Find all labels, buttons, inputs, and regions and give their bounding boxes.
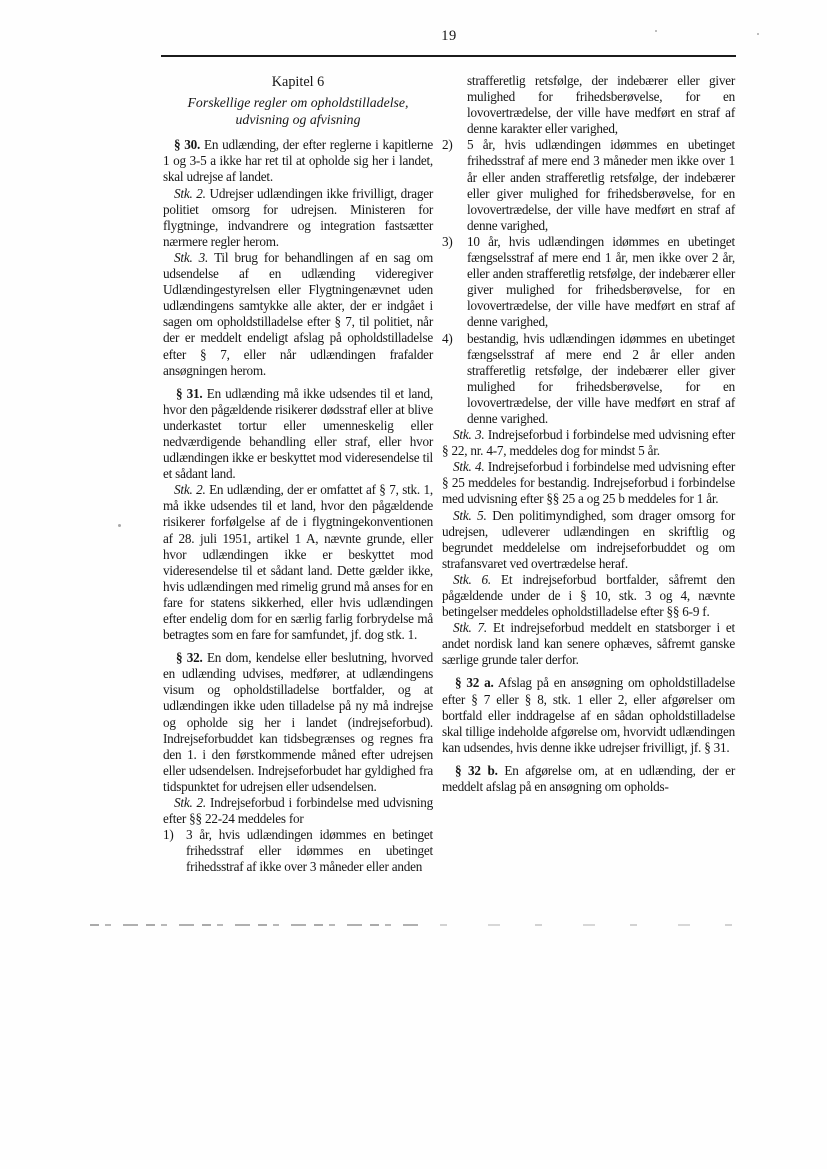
paragraph-32-stk4: Stk. 4. Indrejseforbud i forbindelse med… bbox=[442, 459, 735, 507]
section-lead: § 30. bbox=[174, 137, 200, 152]
paragraph-text: Til brug for behandlingen af en sag om u… bbox=[163, 250, 433, 378]
list-item-number: 3) bbox=[442, 234, 453, 250]
section-lead: § 31. bbox=[176, 386, 202, 401]
paragraph-text: En dom, kendelse eller beslutning, hvorv… bbox=[163, 650, 433, 794]
section-lead: § 32. bbox=[176, 650, 203, 665]
paragraph-30-stk2: Stk. 2. Udrejser udlændingen ikke frivil… bbox=[163, 186, 433, 250]
stk-lead: Stk. 6. bbox=[453, 572, 491, 587]
stk-lead: Stk. 5. bbox=[453, 508, 487, 523]
paragraph-32-stk5: Stk. 5. Den politimyndighed, som drager … bbox=[442, 508, 735, 572]
paragraph-text: En udlænding må ikke udsendes til et lan… bbox=[163, 386, 433, 481]
paragraph-32: § 32. En dom, kendelse eller beslutning,… bbox=[163, 650, 433, 795]
stk-lead: Stk. 2. bbox=[174, 482, 206, 497]
stk-lead: Stk. 2. bbox=[174, 795, 206, 810]
list-item-text: 5 år, hvis udlændingen idømmes en ubetin… bbox=[467, 137, 735, 232]
list-item-number: 1) bbox=[163, 827, 174, 843]
section-lead: § 32 a. bbox=[455, 675, 494, 690]
paragraph-32-stk3: Stk. 3. Indrejseforbud i forbindelse med… bbox=[442, 427, 735, 459]
paragraph-31-stk2: Stk. 2. En udlænding, der er omfattet af… bbox=[163, 482, 433, 643]
list-item-number: 4) bbox=[442, 331, 453, 347]
page-content: Kapitel 6 Forskellige regler om opholdst… bbox=[163, 73, 735, 876]
list-item-text: 10 år, hvis udlændingen idømmes en ubeti… bbox=[467, 234, 735, 329]
left-column: Kapitel 6 Forskellige regler om opholdst… bbox=[163, 73, 433, 876]
paragraph-32-stk2: Stk. 2. Indrejseforbud i forbindelse med… bbox=[163, 795, 433, 827]
list-item-text: 3 år, hvis udlændingen idømmes en beting… bbox=[186, 827, 433, 874]
stk-lead: Stk. 4. bbox=[453, 459, 484, 474]
paragraph-30-stk3: Stk. 3. Til brug for behandlingen af en … bbox=[163, 250, 433, 379]
right-column: strafferetlig retsfølge, der indebærer e… bbox=[442, 73, 735, 876]
list-item-3: 3)10 år, hvis udlændingen idømmes en ube… bbox=[442, 234, 735, 331]
stk-lead: Stk. 3. bbox=[453, 427, 484, 442]
scan-speck bbox=[757, 33, 759, 35]
paragraph-31: § 31. En udlænding må ikke udsendes til … bbox=[163, 386, 433, 483]
stk-lead: Stk. 3. bbox=[174, 250, 208, 265]
paragraph-text: En udlænding, der er omfattet af § 7, st… bbox=[163, 482, 433, 642]
stk-lead: Stk. 2. bbox=[174, 186, 206, 201]
chapter-heading: Kapitel 6 bbox=[163, 74, 433, 90]
paragraph-32b: § 32 b. En afgørelse om, at en udlænding… bbox=[442, 763, 735, 795]
paragraph-32a: § 32 a. Afslag på en ansøgning om ophold… bbox=[442, 675, 735, 755]
list-item-text: bestandig, hvis udlændingen idømmes en u… bbox=[467, 331, 735, 426]
list-item-1: 1)3 år, hvis udlændingen idømmes en beti… bbox=[163, 827, 433, 875]
paragraph-32-stk7: Stk. 7. Et indrejseforbud meddelt en sta… bbox=[442, 620, 735, 668]
section-lead: § 32 b. bbox=[455, 763, 498, 778]
stk-lead: Stk. 7. bbox=[453, 620, 487, 635]
paragraph-32-stk6: Stk. 6. Et indrejseforbud bortfalder, så… bbox=[442, 572, 735, 620]
paragraph-30: § 30. En udlænding, der efter reglerne i… bbox=[163, 137, 433, 185]
list-item-4: 4)bestandig, hvis udlændingen idømmes en… bbox=[442, 331, 735, 428]
paragraph-text: Indrejseforbud i forbindelse med udvisni… bbox=[442, 427, 735, 458]
scan-artifact-dashed-line bbox=[90, 924, 425, 926]
paragraph-text: En udlænding, der efter reglerne i kapit… bbox=[163, 137, 433, 184]
list-item-1-continuation: strafferetlig retsfølge, der indebærer e… bbox=[442, 73, 735, 137]
scan-artifact-dashed-line-faint bbox=[440, 924, 750, 926]
document-page: 19 Kapitel 6 Forskellige regler om ophol… bbox=[0, 0, 827, 1169]
chapter-subtitle-line2: udvisning og afvisning bbox=[163, 112, 433, 129]
list-item-2: 2)5 år, hvis udlændingen idømmes en ubet… bbox=[442, 137, 735, 234]
list-item-number: 2) bbox=[442, 137, 453, 153]
chapter-subtitle-line1: Forskellige regler om opholdstilladelse, bbox=[163, 95, 433, 112]
paragraph-text: Indrejseforbud i forbindelse med udvisni… bbox=[442, 459, 735, 506]
chapter-subtitle: Forskellige regler om opholdstilladelse,… bbox=[163, 95, 433, 128]
header-rule bbox=[161, 55, 736, 57]
page-number: 19 bbox=[163, 28, 735, 45]
scan-speck bbox=[655, 30, 657, 32]
scan-speck bbox=[118, 524, 121, 527]
